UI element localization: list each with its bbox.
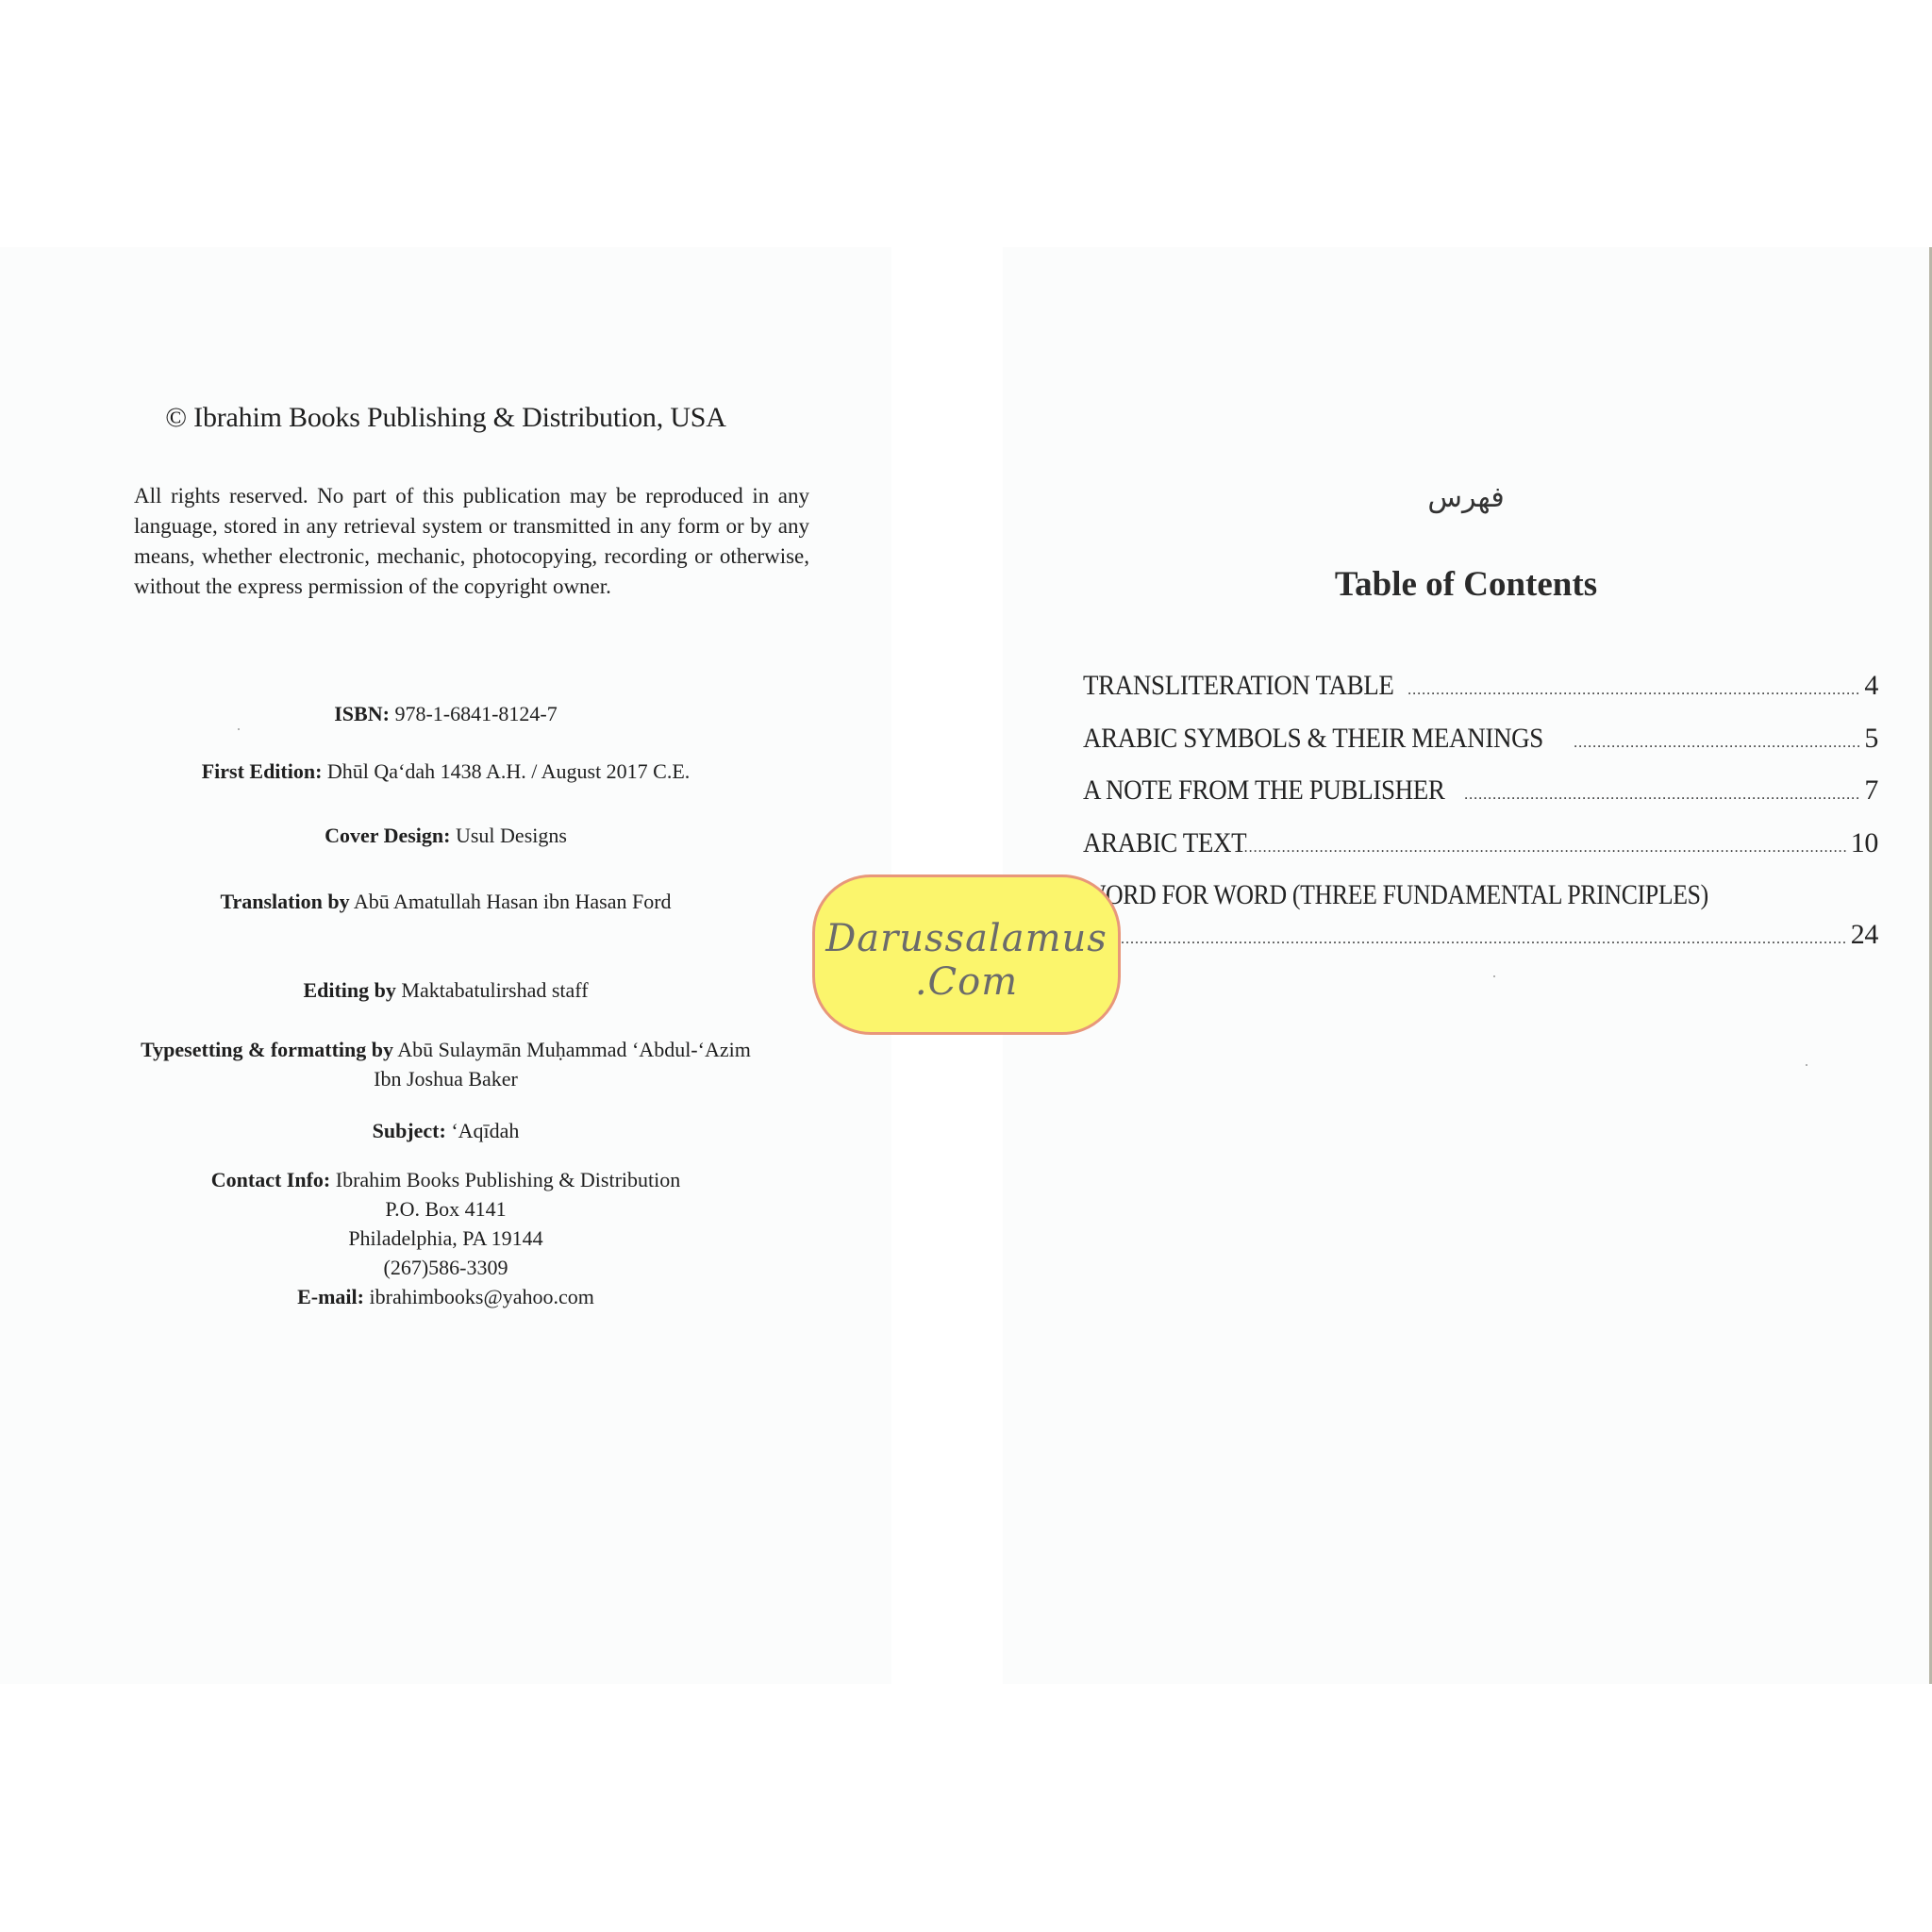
arabic-heading: فهرس bbox=[1003, 481, 1929, 514]
toc-entry-label: ARABIC SYMBOLS & THEIR MEANINGS bbox=[1083, 723, 1543, 755]
cover-design-value: Usul Designs bbox=[450, 824, 566, 847]
contact-po-box: P.O. Box 4141 bbox=[0, 1194, 891, 1224]
scan-speck bbox=[1493, 975, 1495, 977]
toc-entry-page: 24 bbox=[1851, 919, 1878, 951]
editing-line: Editing by Maktabatulirshad staff bbox=[0, 975, 891, 1005]
toc-entry[interactable]: ARABIC TEXT 10 bbox=[1083, 827, 1878, 880]
watermark-line1: Darussalamus bbox=[815, 917, 1118, 960]
contact-value: Ibrahim Books Publishing & Distribution bbox=[330, 1168, 680, 1191]
contact-block: Contact Info: Ibrahim Books Publishing &… bbox=[0, 1165, 891, 1311]
table-of-contents-page: فهرس Table of Contents TRANSLITERATION T… bbox=[1003, 247, 1932, 1684]
isbn-line: ISBN: 978-1-6841-8124-7 bbox=[0, 699, 891, 728]
isbn-value: 978-1-6841-8124-7 bbox=[390, 702, 558, 725]
toc-entry-label: ARABIC TEXT bbox=[1083, 827, 1246, 859]
translation-value: Abū Amatullah Hasan ibn Hasan Ford bbox=[350, 890, 672, 913]
subject-value: ‘Aqīdah bbox=[446, 1119, 520, 1142]
watermark-badge: Darussalamus .Com bbox=[812, 874, 1121, 1035]
contact-label: Contact Info: bbox=[211, 1168, 331, 1191]
typesetting-value-line2: Ibn Joshua Baker bbox=[0, 1064, 891, 1093]
typesetting-line: Typesetting & formatting by Abū Sulaymān… bbox=[0, 1035, 891, 1093]
typesetting-label: Typesetting & formatting by bbox=[141, 1038, 393, 1061]
toc-leader-dots bbox=[1574, 735, 1860, 752]
subject-line: Subject: ‘Aqīdah bbox=[0, 1116, 891, 1145]
edition-label: First Edition: bbox=[202, 759, 323, 783]
toc-leader-dots bbox=[1244, 840, 1847, 857]
toc-entry[interactable]: A NOTE FROM THE PUBLISHER 7 bbox=[1083, 774, 1878, 827]
scan-speck bbox=[238, 728, 240, 730]
rights-paragraph: All rights reserved. No part of this pub… bbox=[134, 481, 809, 602]
toc-entry-label: TRANSLITERATION TABLE bbox=[1083, 670, 1394, 702]
toc-leader-dots bbox=[1407, 682, 1860, 699]
typesetting-value: Abū Sulaymān Muḥammad ‘Abdul-‘Azim bbox=[393, 1038, 751, 1061]
translation-line: Translation by Abū Amatullah Hasan ibn H… bbox=[0, 887, 891, 916]
toc-entry-label: WORD FOR WORD (THREE FUNDAMENTAL PRINCIP… bbox=[1083, 879, 1708, 911]
toc-entry-page: 7 bbox=[1864, 774, 1878, 807]
cover-design-line: Cover Design: Usul Designs bbox=[0, 821, 891, 850]
email-label: E-mail: bbox=[297, 1285, 364, 1308]
toc-leader-dots bbox=[1464, 787, 1860, 804]
toc-entry[interactable]: ARABIC SYMBOLS & THEIR MEANINGS 5 bbox=[1083, 723, 1878, 775]
toc-entry-page: 10 bbox=[1851, 827, 1878, 859]
contact-phone: (267)586-3309 bbox=[0, 1253, 891, 1282]
copyright-notice: © Ibrahim Books Publishing & Distributio… bbox=[0, 402, 891, 434]
translation-label: Translation by bbox=[220, 890, 349, 913]
isbn-label: ISBN: bbox=[334, 702, 390, 725]
edition-value: Dhūl Qa‘dah 1438 A.H. / August 2017 C.E. bbox=[322, 759, 690, 783]
copyright-page: © Ibrahim Books Publishing & Distributio… bbox=[0, 247, 891, 1684]
toc-entry-page: 4 bbox=[1864, 670, 1878, 702]
toc-list: TRANSLITERATION TABLE 4 ARABIC SYMBOLS &… bbox=[1083, 670, 1878, 972]
editing-label: Editing by bbox=[303, 978, 395, 1002]
scan-speck bbox=[1806, 1064, 1807, 1066]
toc-entry-page: 5 bbox=[1864, 723, 1878, 755]
contact-city: Philadelphia, PA 19144 bbox=[0, 1224, 891, 1253]
toc-entry[interactable]: WORD FOR WORD (THREE FUNDAMENTAL PRINCIP… bbox=[1083, 879, 1878, 972]
subject-label: Subject: bbox=[373, 1119, 446, 1142]
editing-value: Maktabatulirshad staff bbox=[396, 978, 589, 1002]
edition-line: First Edition: Dhūl Qa‘dah 1438 A.H. / A… bbox=[0, 757, 891, 786]
watermark-line2: .Com bbox=[815, 960, 1118, 1004]
toc-leader-dots bbox=[1083, 931, 1847, 948]
toc-title: Table of Contents bbox=[1003, 564, 1929, 605]
toc-entry-label: A NOTE FROM THE PUBLISHER bbox=[1083, 774, 1445, 807]
toc-entry[interactable]: TRANSLITERATION TABLE 4 bbox=[1083, 670, 1878, 723]
cover-design-label: Cover Design: bbox=[325, 824, 450, 847]
email-value: ibrahimbooks@yahoo.com bbox=[364, 1285, 594, 1308]
